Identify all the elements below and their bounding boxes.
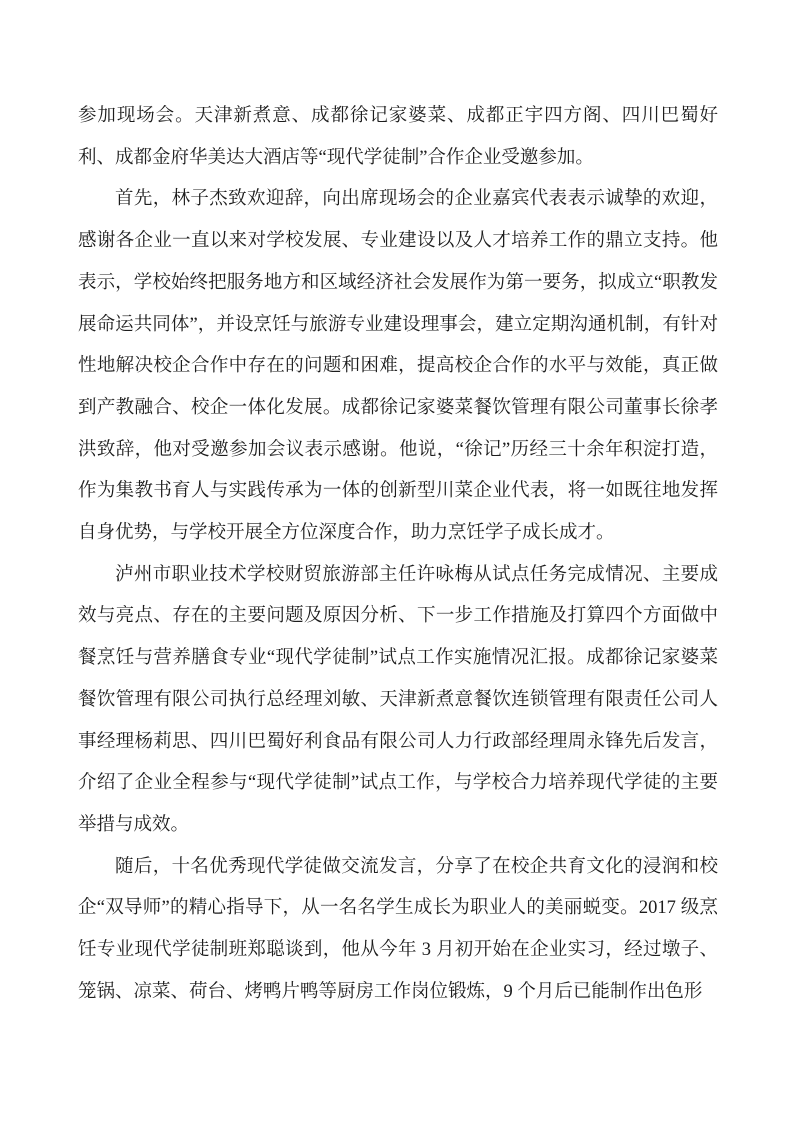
paragraph-pilot-report: 泸州市职业技术学校财贸旅游部主任许咏梅从试点任务完成情况、主要成效与亮点、存在的… bbox=[78, 555, 718, 847]
document-body-text: 参加现场会。天津新煮意、成都徐记家婆菜、成都正宇四方阁、四川巴蜀好利、成都金府华… bbox=[78, 96, 718, 1013]
paragraph-welcome-speech: 首先，林子杰致欢迎辞，向出席现场会的企业嘉宾代表表示诚挚的欢迎，感谢各企业一直以… bbox=[78, 179, 718, 554]
paragraph-apprentice-sharing: 随后，十名优秀现代学徒做交流发言，分享了在校企共育文化的浸润和校企“双导师”的精… bbox=[78, 847, 718, 1014]
document-page: 参加现场会。天津新煮意、成都徐记家婆菜、成都正宇四方阁、四川巴蜀好利、成都金府华… bbox=[0, 0, 793, 1122]
paragraph-continuation: 参加现场会。天津新煮意、成都徐记家婆菜、成都正宇四方阁、四川巴蜀好利、成都金府华… bbox=[78, 96, 718, 179]
